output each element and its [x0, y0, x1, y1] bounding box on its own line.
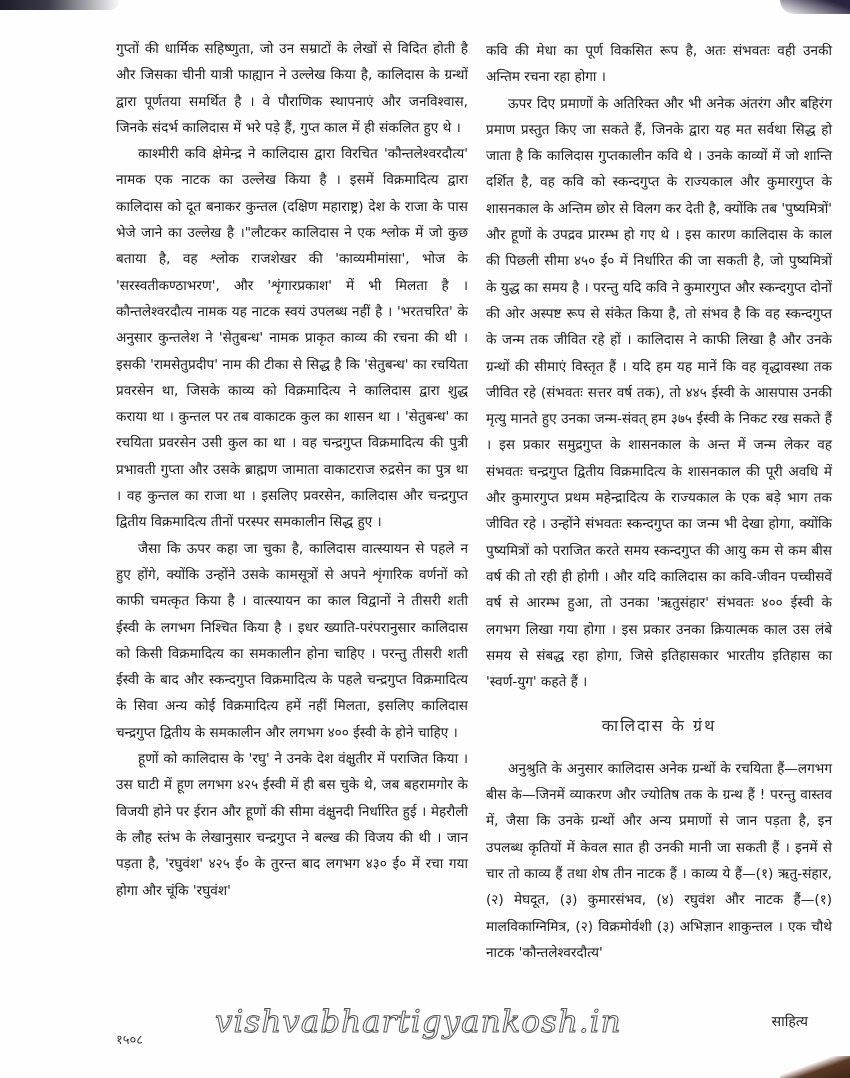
page-number: १५०८ — [116, 1030, 143, 1048]
paragraph: काश्मीरी कवि क्षेमेन्द्र ने कालिदास द्वा… — [116, 141, 468, 535]
section-name: साहित्य — [772, 1012, 808, 1031]
right-column: कवि की मेधा का पूर्ण विकसित रूप है, अतः … — [486, 38, 832, 966]
paragraph: गुप्तों की धार्मिक सहिष्णुता, जो उन सम्र… — [116, 36, 468, 141]
paragraph: अनुश्रुति के अनुसार कालिदास अनेक ग्रन्थो… — [486, 756, 832, 966]
paragraph: जैसा कि ऊपर कहा जा चुका है, कालिदास वात्… — [116, 536, 468, 746]
paragraph: ऊपर दिए प्रमाणों के अतिरिक्त और भी अनेक … — [486, 91, 832, 696]
paragraph: कवि की मेधा का पूर्ण विकसित रूप है, अतः … — [486, 38, 832, 91]
section-heading: कालिदास के ग्रंथ — [486, 713, 832, 739]
watermark: vishvabhartigyankosh.in — [215, 1004, 622, 1040]
left-column: गुप्तों की धार्मिक सहिष्णुता, जो उन सम्र… — [116, 36, 468, 904]
page-shadow-top-left — [0, 0, 120, 10]
paragraph: हूणों को कालिदास के 'रघु' ने उनके देश वं… — [116, 746, 468, 904]
scanned-page: गुप्तों की धार्मिक सहिष्णुता, जो उन सम्र… — [0, 0, 850, 1078]
page-shadow-top-right — [780, 0, 850, 14]
page-shadow-bottom-right — [780, 1056, 850, 1078]
